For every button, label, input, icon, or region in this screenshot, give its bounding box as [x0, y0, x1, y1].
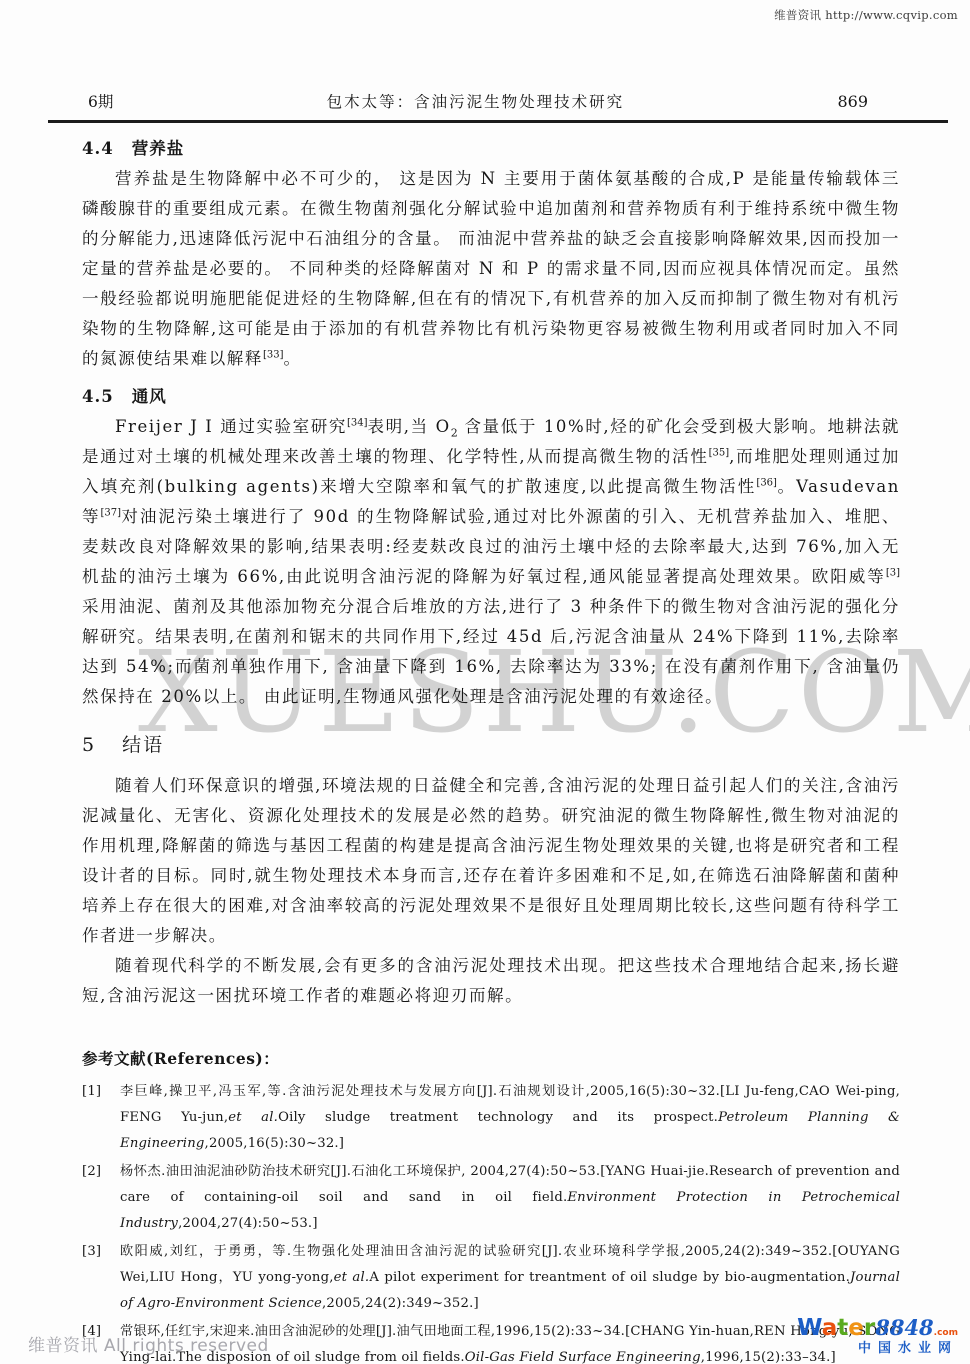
logo-letter: r — [864, 1315, 875, 1341]
reference-item: [2]杨怀杰.油田油泥油砂防治技术研究[J].石油化工环境保护, 2004,27… — [82, 1159, 900, 1237]
logo-letter: a — [822, 1315, 838, 1341]
section-title: 结语 — [122, 730, 164, 757]
references-heading: 参考文献(References)： — [82, 1047, 900, 1069]
reference-label: [1] — [82, 1079, 120, 1105]
running-header: 6期 包木太等：含油污泥生物处理技术研究 869 — [48, 90, 948, 123]
section-number: 5 — [82, 734, 96, 756]
water-wordpart: Water — [797, 1320, 875, 1339]
citation-superscript: [36] — [756, 478, 777, 489]
logo-letter: e — [848, 1315, 864, 1341]
logo-subtitle: 中国水业网 — [797, 1342, 958, 1356]
paper-page: 维普资讯 http://www.cqvip.com XUESHU.COM 6期 … — [0, 0, 970, 1364]
section-number: 4.4 — [82, 139, 114, 158]
section-heading: 4.4营养盐 — [82, 135, 900, 159]
logo-letter: t — [837, 1315, 848, 1341]
cqvip-watermark-top: 维普资讯 http://www.cqvip.com — [774, 7, 958, 23]
dotcom-suffix: .com — [934, 1328, 958, 1338]
citation-superscript: [3] — [886, 568, 900, 579]
citation-superscript: [35] — [709, 448, 730, 459]
water8848-wordmark: Water8848.com — [797, 1316, 958, 1340]
paragraph: 营养盐是生物降解中必不可少的， 这是因为 N 主要用于菌体氨基酸的合成,P 是能… — [82, 164, 900, 374]
section-title: 营养盐 — [132, 135, 185, 159]
article-sections: 4.4营养盐营养盐是生物降解中必不可少的， 这是因为 N 主要用于菌体氨基酸的合… — [82, 135, 900, 1011]
reference-label: [3] — [82, 1239, 120, 1265]
section-heading: 5结语 — [82, 730, 900, 757]
page-number: 869 — [837, 92, 868, 111]
logo-letter: W — [797, 1315, 822, 1341]
rights-watermark: 维普资讯 All rights reserved — [28, 1331, 269, 1356]
reference-item: [1]李巨峰,操卫平,冯玉军,等.含油污泥处理技术与发展方向[J].石油规划设计… — [82, 1079, 900, 1157]
water8848-logo: Water8848.com 中国水业网 — [797, 1316, 958, 1356]
citation-superscript: [37] — [101, 508, 122, 519]
running-title: 包木太等：含油污泥生物处理技术研究 — [327, 90, 625, 112]
paragraph: Freijer J I 通过实验室研究[34]表明,当 O2 含量低于 10%时… — [82, 412, 900, 712]
paragraph: 随着人们环保意识的增强,环境法规的日益健全和完善,含油污泥的处理日益引起人们的关… — [82, 771, 900, 951]
citation-superscript: [34] — [347, 418, 368, 429]
issue-number: 6期 — [88, 90, 113, 112]
section-title: 通风 — [132, 383, 167, 407]
paragraph: 随着现代科学的不断发展,会有更多的含油污泥处理技术出现。把这些技术合理地结合起来… — [82, 951, 900, 1011]
article-body: 4.4营养盐营养盐是生物降解中必不可少的， 这是因为 N 主要用于菌体氨基酸的合… — [82, 135, 900, 1364]
reference-label: [2] — [82, 1159, 120, 1185]
page-footer: 维普资讯 All rights reserved Water8848.com 中… — [28, 1316, 958, 1356]
number-8848: 8848 — [875, 1315, 933, 1340]
citation-superscript: [33] — [263, 350, 284, 361]
reference-item: [3]欧阳威,刘红，于勇勇，等.生物强化处理油田含油污泥的试验研究[J].农业环… — [82, 1239, 900, 1317]
section-heading: 4.5通风 — [82, 383, 900, 407]
section-number: 4.5 — [82, 387, 114, 406]
